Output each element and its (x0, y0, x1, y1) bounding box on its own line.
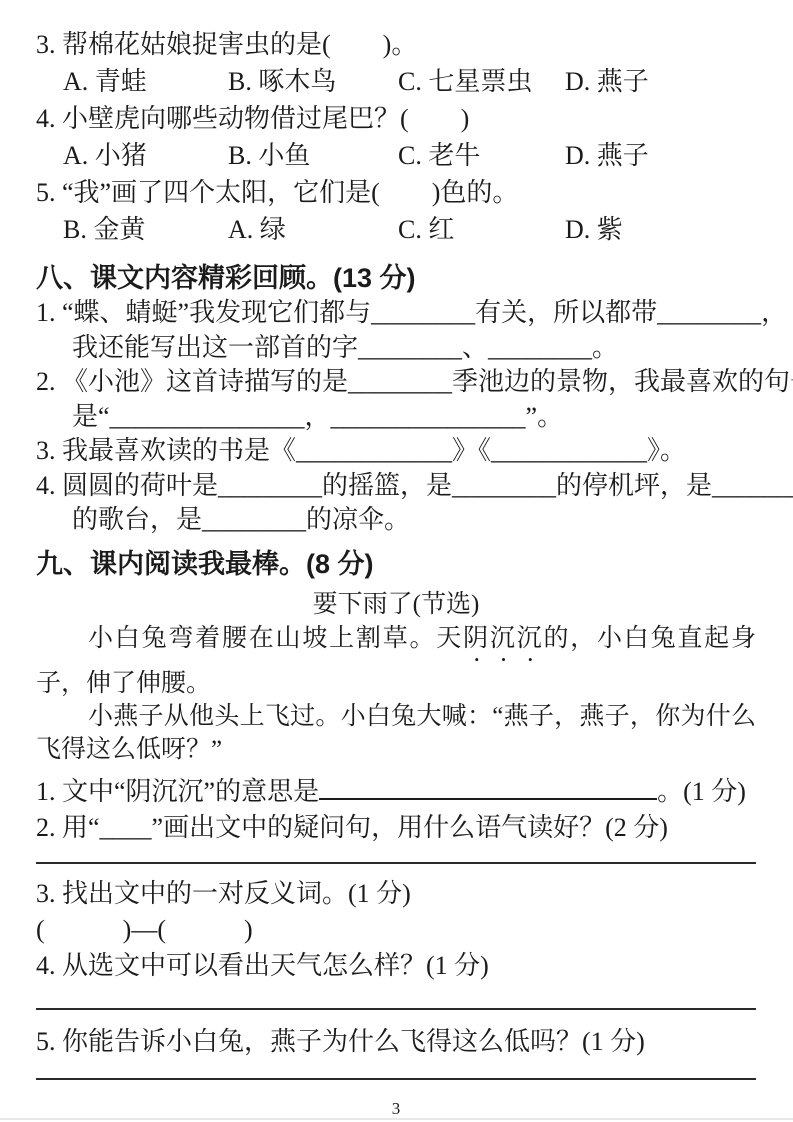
question-text: 。(1 分) (657, 777, 746, 806)
reading-question-4: 4. 从选文中可以看出天气怎么样？(1 分) (36, 948, 756, 984)
answer-line (36, 1078, 756, 1080)
fill-blank-line: 1. “蝶、蜻蜓”我发现它们都与________有关，所以都带________， (36, 296, 756, 331)
fill-blank-line: 的歌台，是________的凉伞。 (36, 503, 756, 538)
answer-line (36, 862, 756, 864)
reading-question-2: 2. 用“____”画出文中的疑问句，用什么语气读好？(2 分) (36, 810, 756, 846)
option: D. 燕子 (565, 63, 649, 100)
question-stem: 5. “我”画了四个太阳，它们是( )色的。 (36, 174, 756, 211)
option: B. 小鱼 (228, 137, 398, 174)
section-eight-body: 1. “蝶、蜻蜓”我发现它们都与________有关，所以都带________，… (36, 296, 756, 538)
answer-blank (319, 798, 657, 800)
option: A. 青蛙 (63, 63, 228, 100)
section-nine-heading: 九、课内阅读我最棒。(8 分) (36, 546, 756, 582)
question-text: 1. 文中“阴沉沉”的意思是 (36, 777, 319, 806)
fill-blank-line: 4. 圆圆的荷叶是________的摇篮，是________的停机坪，是____… (36, 469, 756, 504)
option: C. 七星票虫 (398, 63, 565, 100)
passage-paragraph: 小白兔弯着腰在山坡上割草。天阴沉沉的，小白兔直起身子，伸了伸腰。 (36, 622, 756, 700)
antonym-answer-blanks: ( )—( ) (36, 912, 756, 948)
option: C. 红 (398, 211, 565, 248)
option: B. 金黄 (63, 211, 228, 248)
fill-blank-line: 我还能写出这一部首的字________、________。 (36, 331, 756, 366)
page-number: 3 (36, 1098, 756, 1120)
answer-line (36, 1008, 756, 1010)
passage-paragraph: 小燕子从他头上飞过。小白兔大喊：“燕子，燕子，你为什么飞得这么低呀？” (36, 700, 756, 766)
reading-passage: 小白兔弯着腰在山坡上割草。天阴沉沉的，小白兔直起身子，伸了伸腰。 小燕子从他头上… (36, 622, 756, 766)
fill-blank-line: 是“_______________，_______________”。 (36, 400, 756, 435)
option: A. 小猪 (63, 137, 228, 174)
emphasized-word: 阴沉沉 (463, 625, 543, 652)
fill-blank-line: 2. 《小池》这首诗描写的是________季池边的景物，我最喜欢的句子 (36, 365, 756, 400)
section-eight-heading: 八、课文内容精彩回顾。(13 分) (36, 260, 756, 296)
passage-title: 要下雨了(节选) (36, 588, 756, 622)
page-bottom-edge (0, 1118, 793, 1120)
question-stem: 3. 帮棉花姑娘捉害虫的是( )。 (36, 26, 756, 63)
question-stem: 4. 小壁虎向哪些动物借过尾巴？( ) (36, 100, 756, 137)
fill-blank-line: 3. 我最喜欢读的书是《____________》《____________》。 (36, 434, 756, 469)
options-row: B. 金黄 A. 绿 C. 红 D. 紫 (36, 211, 756, 248)
option: D. 燕子 (565, 137, 649, 174)
option: C. 老牛 (398, 137, 565, 174)
option: D. 紫 (565, 211, 623, 248)
options-row: A. 青蛙 B. 啄木鸟 C. 七星票虫 D. 燕子 (36, 63, 756, 100)
reading-question-5: 5. 你能告诉小白兔，燕子为什么飞得这么低吗？(1 分) (36, 1024, 756, 1060)
option: B. 啄木鸟 (228, 63, 398, 100)
options-row: A. 小猪 B. 小鱼 C. 老牛 D. 燕子 (36, 137, 756, 174)
reading-question-3: 3. 找出文中的一对反义词。(1 分) (36, 876, 756, 912)
multiple-choice-block: 3. 帮棉花姑娘捉害虫的是( )。 A. 青蛙 B. 啄木鸟 C. 七星票虫 D… (36, 26, 756, 248)
passage-text: 小白兔弯着腰在山坡上割草。天 (88, 625, 463, 652)
reading-question-1: 1. 文中“阴沉沉”的意思是。(1 分) (36, 774, 756, 810)
option: A. 绿 (228, 211, 398, 248)
page-content: 3. 帮棉花姑娘捉害虫的是( )。 A. 青蛙 B. 啄木鸟 C. 七星票虫 D… (0, 0, 793, 1120)
test-paper-page: 3. 帮棉花姑娘捉害虫的是( )。 A. 青蛙 B. 啄木鸟 C. 七星票虫 D… (0, 0, 793, 1122)
